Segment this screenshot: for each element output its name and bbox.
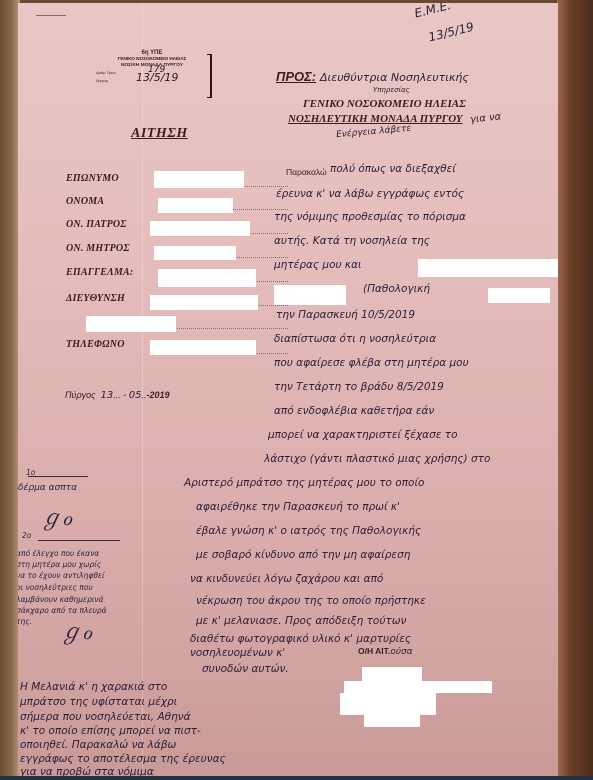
photo-border-left: [0, 0, 20, 780]
body-intro: Παρακαλώ: [286, 167, 327, 177]
body-line: νέκρωση του άκρου της το οποίο πρήστηκε: [196, 595, 426, 607]
body-line: να κινδυνεύει λόγω ζαχάρου και από: [190, 573, 383, 585]
redacted-patient-name: [418, 259, 558, 277]
body-line: μητέρας μου και: [274, 259, 362, 271]
field-label-surname: ΕΠΩΝΥΜΟ: [66, 173, 119, 184]
redacted-ward-detail: [274, 285, 346, 305]
redacted-mother-name: [154, 246, 236, 260]
stamp-protocol-label: Αριθμ. Πρωτ.: [96, 71, 117, 75]
screen-bottom-strip: [0, 776, 593, 780]
stamp-bracket: [207, 54, 212, 98]
stamp-date-value: 13/5/19: [136, 74, 178, 82]
recipient-handwritten-2: Υπηρεσίας: [373, 86, 410, 94]
left-note-2-line: στη μητέρα μου χωρίς: [18, 560, 101, 569]
closing-line: Η Μελανιά κ' η χαρακιά στο: [20, 681, 167, 693]
receipt-note-line-1: Ε.Μ.Ε.: [413, 3, 452, 21]
body-line: αφαιρέθηκε την Παρασκευή το πρωί κ': [196, 501, 400, 513]
signature-mark: ℊℴ: [60, 615, 92, 646]
redacted-signature: [364, 713, 420, 727]
stamp-date-row: Ημερομ. 13/5/19: [96, 77, 208, 85]
place-name: Πύργος: [65, 390, 96, 400]
body-line: έρευνα κ' να λάβω εγγράφως εντός: [276, 188, 464, 200]
left-note-2-line: λαμβάνουν καθημερινά: [18, 595, 104, 604]
closing-line: κ' το οποίο επίσης μπορεί να πιστ-: [20, 725, 201, 737]
closing-line: μπράτσο της υφίσταται μέχρι: [20, 696, 177, 708]
redacted-ward-name: [488, 288, 550, 303]
redacted-signature: [344, 681, 492, 693]
redacted-signature: [340, 693, 436, 715]
recipient-margin-note-1: για να: [470, 111, 502, 125]
body-line: την Τετάρτη το βράδυ 8/5/2019: [274, 381, 444, 393]
body-line: (Παθολογική: [363, 283, 430, 295]
body-line: διαθέτω φωτογραφικό υλικό κ' μαρτυρίες: [190, 633, 411, 645]
hospital-protocol-stamp: 6η ΥΠΕ ΓΕΝΙΚΟ ΝΟΣΟΚΟΜΕΙΟ ΗΛΕΙΑΣ ΝΟΣ/ΚΗ Μ…: [96, 50, 208, 96]
body-line: νοσηλευομένων κ': [190, 647, 285, 659]
recipient-handwritten: Διευθύντρια Νοσηλευτικής: [320, 71, 469, 84]
redacted-address-line-2: [86, 316, 176, 332]
date-year: -2019: [147, 390, 170, 400]
body-line: την Παρασκευή 10/5/2019: [276, 309, 415, 321]
left-note-2-line: οι νοσηλεύτριες που: [18, 583, 93, 592]
applicant-signoff: Ο/Η ΑΙΤ.ούσα: [358, 646, 413, 657]
redacted-father-name: [150, 221, 250, 236]
left-note-2-line: της.: [18, 617, 32, 626]
body-line: πολύ όπως να διεξαχθεί: [330, 163, 456, 175]
signature-mark: ℊℴ: [40, 501, 72, 532]
body-line: διαπίστωσα ότι η νοσηλεύτρια: [274, 333, 436, 345]
recipient-margin-note-2: Ενέργεια λάβετε: [336, 124, 412, 141]
body-line: με κ' μελανιασε. Προς απόδειξη τούτων: [196, 615, 406, 627]
redacted-first-name: [158, 198, 233, 213]
recipient-label: ΠΡΟΣ:: [276, 69, 316, 84]
date-day: 13: [101, 390, 114, 401]
note-rule: [28, 476, 88, 477]
redacted-surname: [154, 171, 244, 188]
stamp-date-label: Ημερομ.: [96, 79, 109, 83]
body-line: που αφαίρεσε φλέβα στη μητέρα μου: [274, 357, 469, 369]
body-line: μπορεί να χαρακτηριστεί ξέχασε το: [268, 429, 458, 441]
closing-line: για να προβώ στα νόμιμα: [20, 766, 154, 776]
body-line: συνοδών αυτών.: [202, 663, 289, 675]
signoff-label: Ο/Η ΑΙΤ.: [358, 646, 390, 656]
left-note-1-text: δέρμα ασπτα: [18, 483, 77, 493]
recipient-unit: ΝΟΣΗΛΕΥΤΙΚΗ ΜΟΝΑΔΑ ΠΥΡΓΟΥ: [288, 113, 462, 125]
body-line: από ενδοφλέβια καθετήρα εάν: [274, 405, 434, 417]
closing-line: οποιηθεί. Παρακαλώ να λάβω: [20, 739, 176, 751]
form-title: ΑΙΤΗΣΗ: [131, 126, 188, 142]
closing-line: εγγράφως το αποτέλεσμα της έρευνας: [20, 753, 226, 765]
photo-border-right: [557, 0, 593, 780]
body-line: με σοβαρό κίνδυνο από την μη αφαίρεση: [196, 549, 410, 561]
field-label-mother-name: ΟΝ. ΜΗΤΡΟΣ: [66, 243, 130, 254]
note-rule: [38, 540, 120, 541]
signoff-handwritten: ούσα: [390, 647, 412, 657]
left-note-number-1: 1ο: [26, 468, 35, 477]
recipient-hospital: ΓΕΝΙΚΟ ΝΟΣΟΚΟΜΕΙΟ ΗΛΕΙΑΣ: [303, 98, 466, 110]
field-label-occupation: ΕΠΑΓΓΕΛΜΑ:: [66, 267, 133, 278]
pen-mark: [36, 15, 66, 16]
redacted-address: [150, 295, 258, 310]
field-label-address: ΔΙΕΥΘΥΝΣΗ: [66, 293, 125, 304]
body-line: αυτής. Κατά τη νοσηλεία της: [274, 235, 430, 247]
field-label-first-name: ΟΝΟΜΑ: [66, 196, 104, 207]
field-label-father-name: ΟΝ. ΠΑΤΡΟΣ: [66, 219, 127, 230]
redacted-occupation: [158, 269, 256, 287]
left-note-2-line: σάκχαρο από τα πλευρά: [18, 606, 107, 615]
date-month: 05: [129, 390, 142, 401]
body-line: της νόμιμης προθεσμίας το πόρισμα: [274, 211, 466, 223]
left-note-2-line: να το έχουν αντιληφθεί: [18, 571, 105, 580]
body-line: έβαλε γνώση κ' ο ιατρός της Παθολογικής: [196, 525, 421, 537]
closing-line: σήμερα που νοσηλεύεται, Αθηνά: [20, 711, 191, 723]
redacted-phone: [150, 340, 256, 355]
left-note-2-line: από έλεγχο που έκανα: [18, 549, 99, 558]
body-line: λάστιχο (γάντι πλαστικό μιας χρήσης) στο: [264, 453, 490, 465]
field-label-phone: ΤΗΛΕΦΩΝΟ: [66, 339, 125, 350]
place-date: Πύργος 13... - 05..-2019: [65, 390, 170, 401]
application-form-paper: 6η ΥΠΕ ΓΕΝΙΚΟ ΝΟΣΟΚΟΜΕΙΟ ΗΛΕΙΑΣ ΝΟΣ/ΚΗ Μ…: [18, 3, 558, 776]
body-line: Αριστερό μπράτσο της μητέρας μου το οποί…: [184, 477, 424, 489]
stamp-line-1: 6η ΥΠΕ: [96, 50, 208, 57]
left-note-number-2: 2ο: [22, 531, 31, 540]
receipt-note-line-2: 13/5/19: [427, 20, 475, 45]
